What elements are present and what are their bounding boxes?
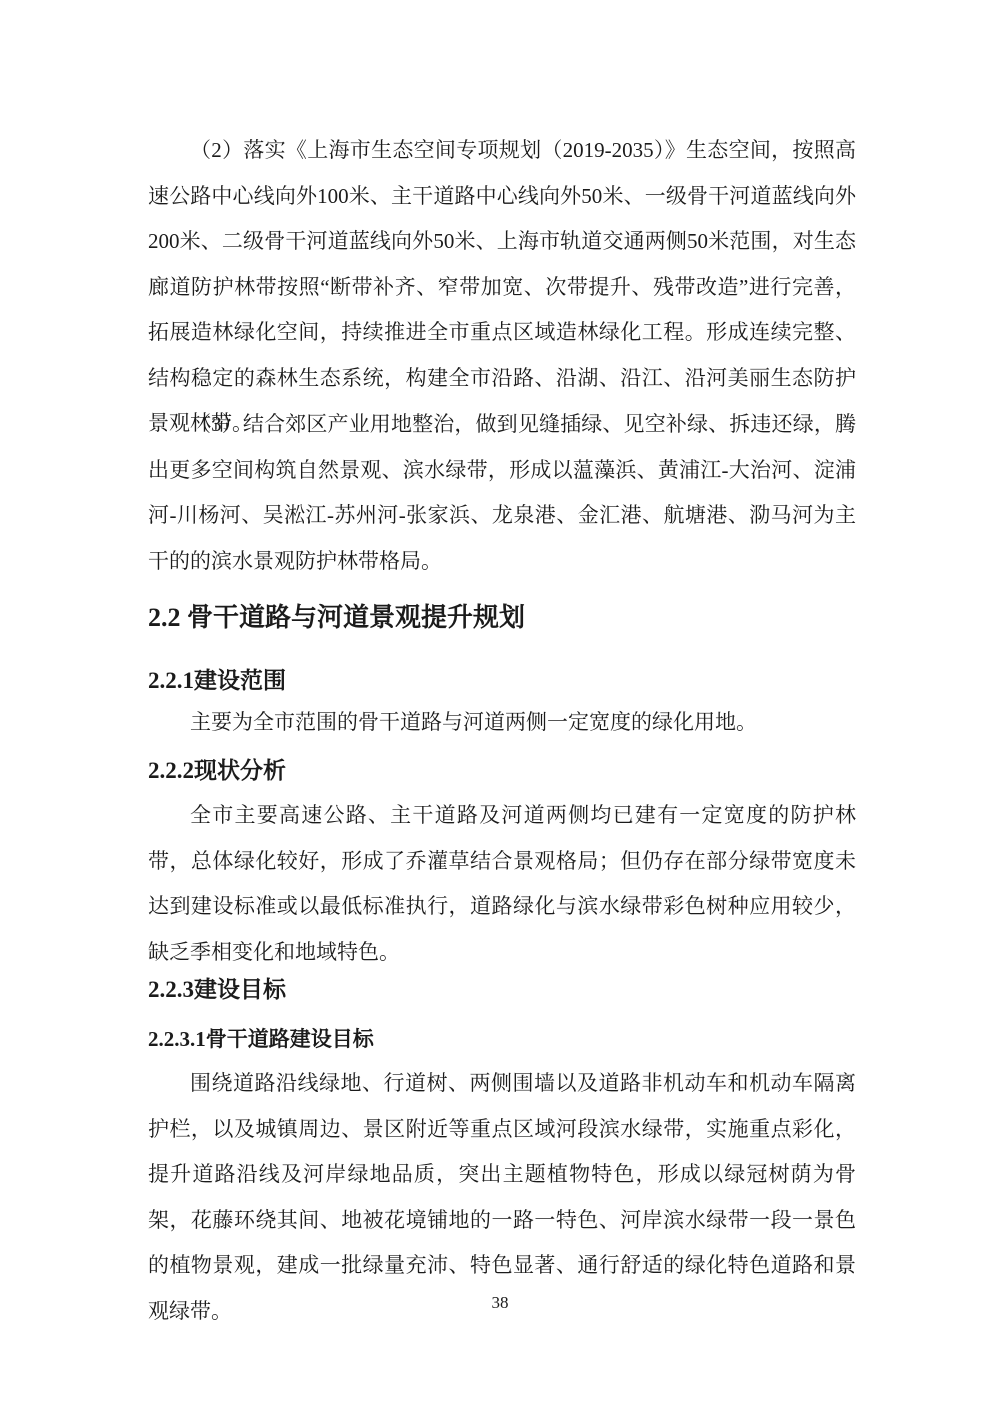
- paragraph-construction-scope: 主要为全市范围的骨干道路与河道两侧一定宽度的绿化用地。: [148, 700, 856, 746]
- heading-2-2-2: 2.2.2现状分析: [148, 755, 856, 787]
- paragraph-status-analysis: 全市主要高速公路、主干道路及河道两侧均已建有一定宽度的防护林带，总体绿化较好，形…: [148, 793, 856, 975]
- document-page: （2）落实《上海市生态空间专项规划（2019-2035）》生态空间，按照高速公路…: [0, 0, 1000, 1414]
- heading-2-2: 2.2 骨干道路与河道景观提升规划: [148, 600, 856, 636]
- page-number: 38: [0, 1291, 1000, 1315]
- heading-2-2-3-1: 2.2.3.1骨干道路建设目标: [148, 1024, 856, 1054]
- heading-2-2-1: 2.2.1建设范围: [148, 665, 856, 697]
- paragraph-suburb-land-item-3: （3）结合郊区产业用地整治，做到见缝插绿、见空补绿、拆违还绿，腾出更多空间构筑自…: [148, 402, 856, 584]
- paragraph-eco-space-item-2: （2）落实《上海市生态空间专项规划（2019-2035）》生态空间，按照高速公路…: [148, 128, 856, 447]
- heading-2-2-3: 2.2.3建设目标: [148, 974, 856, 1006]
